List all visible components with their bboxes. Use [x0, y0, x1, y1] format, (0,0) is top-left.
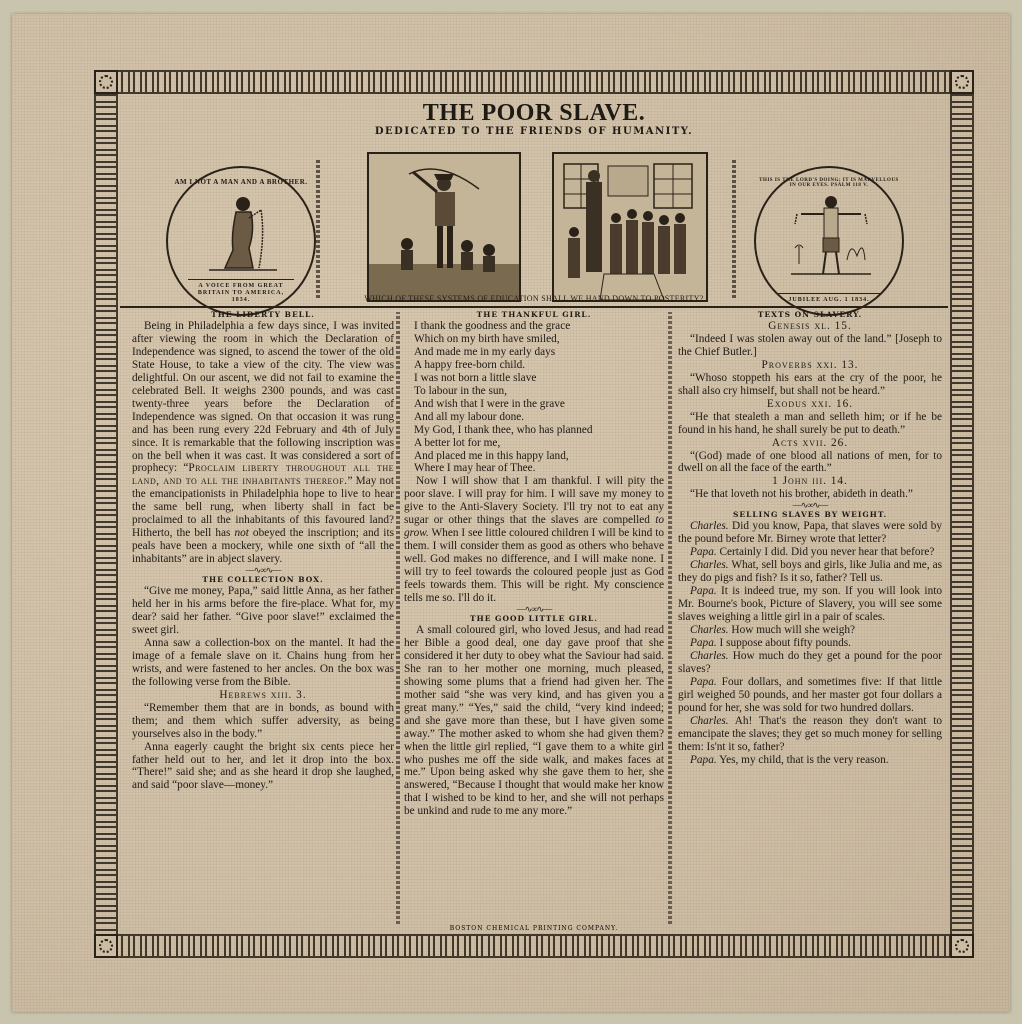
scripture-reference: Proverbs xxi. 13. — [678, 359, 942, 372]
woodcut-schoolroom — [552, 152, 708, 302]
dialogue-line: Charles. Ah! That's the reason they don'… — [678, 715, 942, 754]
collection-box-paragraph: Anna saw a collection-box on the mantel.… — [132, 637, 394, 689]
medallion-left-motto: AM I NOT A MAN AND A BROTHER. — [168, 178, 314, 186]
section-heading-good-little-girl: THE GOOD LITTLE GIRL. — [404, 614, 664, 624]
rosette-icon — [950, 70, 974, 94]
dialogue-line: Papa. Yes, my child, that is the very re… — [678, 754, 942, 767]
column-divider — [668, 312, 672, 924]
greek-key-border-frame: THE POOR SLAVE. DEDICATED TO THE FRIENDS… — [94, 70, 974, 958]
collection-box-paragraph: Anna eagerly caught the bright six cents… — [132, 741, 394, 793]
dialogue-line: Charles. Did you know, Papa, that slaves… — [678, 520, 942, 546]
speaker-name: Charles. — [690, 559, 729, 571]
collection-box-paragraph: “Give me money, Papa,” said little Anna,… — [132, 585, 394, 637]
dialogue-line: Papa. I suppose about fifty pounds. — [678, 637, 942, 650]
good-little-girl-paragraph: A small coloured girl, who loved Jesus, … — [404, 624, 664, 818]
poem-line: I thank the goodness and the grace — [404, 320, 664, 333]
liberty-bell-paragraph: Being in Philadelphia a few days since, … — [132, 320, 394, 566]
speaker-name: Papa. — [690, 676, 717, 688]
handkerchief-fabric: THE POOR SLAVE. DEDICATED TO THE FRIENDS… — [12, 14, 1010, 1012]
thankful-girl-paragraph: Now I will show that I am thankful. I wi… — [404, 475, 664, 605]
medallion-right-motto: THIS IS THE LORD'S DOING; IT IS MARVELLO… — [756, 178, 902, 188]
poem-line: My God, I thank thee, who has planned — [404, 424, 664, 437]
section-heading-collection-box: THE COLLECTION BOX. — [132, 575, 394, 585]
ornament-divider: —∿∞∿— — [132, 566, 394, 575]
rosette-icon — [950, 934, 974, 958]
woodcut-overseer — [367, 152, 521, 302]
speaker-name: Papa. — [690, 754, 717, 766]
dialogue-line: Papa. It is indeed true, my son. If you … — [678, 585, 942, 624]
scripture-reference: 1 John iii. 14. — [678, 475, 942, 488]
scripture-quote: “Indeed I was stolen away out of the lan… — [678, 333, 942, 359]
section-heading-texts-on-slavery: TEXTS ON SLAVERY. — [678, 310, 942, 320]
speaker-name: Papa. — [690, 546, 717, 558]
speaker-name: Papa. — [690, 585, 717, 597]
overseer-with-whip-icon — [369, 154, 519, 300]
kneeling-figure-in-chains-icon — [203, 190, 283, 280]
horizontal-rule — [120, 306, 948, 308]
border-left — [94, 92, 118, 936]
ornament-divider: —∿∞∿— — [678, 501, 942, 510]
printer-imprint: BOSTON CHEMICAL PRINTING COMPANY. — [94, 925, 974, 932]
dialogue-line: Charles. What, sell boys and girls, like… — [678, 559, 942, 585]
border-bottom — [116, 934, 952, 958]
dialogue-line: Charles. How much do they get a pound fo… — [678, 650, 942, 676]
dialogue-line: Charles. How much will she weigh? — [678, 624, 942, 637]
column-left: THE LIBERTY BELL. Being in Philadelphia … — [128, 310, 398, 928]
section-heading-thankful-girl: THE THANKFUL GIRL. — [404, 310, 664, 320]
border-right — [950, 92, 974, 936]
poem-line: And wish that I were in the grave — [404, 398, 664, 411]
page-subtitle: DEDICATED TO THE FRIENDS OF HUMANITY. — [120, 126, 948, 137]
speaker-name: Charles. — [690, 520, 729, 532]
poem-line: Which on my birth have smiled, — [404, 333, 664, 346]
freed-man-broken-chains-icon — [791, 190, 871, 280]
illustration-caption: WHICH OF THESE SYSTEMS OF EDUCATION SHAL… — [120, 294, 948, 303]
speaker-name: Papa. — [690, 637, 717, 649]
scripture-reference: Hebrews xiii. 3. — [132, 689, 394, 702]
scripture-reference: Acts xvii. 26. — [678, 437, 942, 450]
speaker-name: Charles. — [690, 650, 729, 662]
dialogue-line: Papa. Certainly I did. Did you never hea… — [678, 546, 942, 559]
dialogue-line: Papa. Four dollars, and sometimes five: … — [678, 676, 942, 715]
poem-line: And made me in my early days — [404, 346, 664, 359]
scripture-reference: Exodus xxi. 16. — [678, 398, 942, 411]
schoolroom-teacher-icon — [554, 154, 706, 300]
poem-line: To labour in the sun, — [404, 385, 664, 398]
scripture-quote: “He that stealeth a man and selleth him;… — [678, 411, 942, 437]
scripture-quote: “Remember them that are in bonds, as bou… — [132, 702, 394, 741]
section-heading-liberty-bell: THE LIBERTY BELL. — [132, 310, 394, 320]
chain-divider — [316, 158, 320, 298]
speaker-name: Charles. — [690, 624, 729, 636]
ornament-divider: —∿∞∿— — [404, 605, 664, 614]
speaker-name: Charles. — [690, 715, 729, 727]
border-top — [116, 70, 952, 94]
scripture-quote: “(God) made of one blood all nations of … — [678, 450, 942, 476]
poem-line: I was not born a little slave — [404, 372, 664, 385]
scripture-quote: “Whoso stoppeth his ears at the cry of t… — [678, 372, 942, 398]
rosette-icon — [94, 70, 118, 94]
rosette-icon — [94, 934, 118, 958]
poem-line: A happy free-born child. — [404, 359, 664, 372]
illustration-row: AM I NOT A MAN AND A BROTHER. A VOICE FR… — [120, 140, 948, 300]
chain-divider — [732, 158, 736, 298]
page-title: THE POOR SLAVE. — [120, 100, 948, 126]
column-middle: THE THANKFUL GIRL. I thank the goodness … — [400, 310, 668, 928]
scripture-reference: Genesis xl. 15. — [678, 320, 942, 333]
poem-line: A better lot for me, — [404, 437, 664, 450]
poem-line: And placed me in this happy land, — [404, 450, 664, 463]
column-right: TEXTS ON SLAVERY. Genesis xl. 15. “Indee… — [674, 310, 946, 928]
text-columns: THE LIBERTY BELL. Being in Philadelphia … — [124, 310, 944, 932]
section-heading-selling-slaves: SELLING SLAVES BY WEIGHT. — [678, 510, 942, 520]
poem-line: And all my labour done. — [404, 411, 664, 424]
poem-line: Where I may hear of Thee. — [404, 462, 664, 475]
